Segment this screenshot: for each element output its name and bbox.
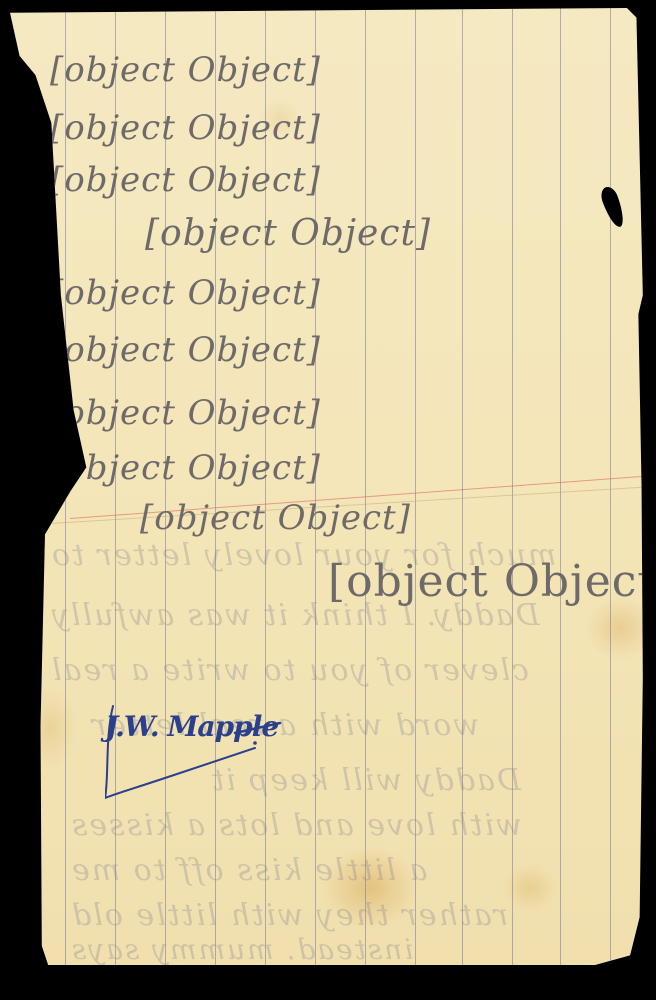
ruled-line <box>610 8 611 965</box>
letter-line: [object Object] <box>50 448 321 488</box>
letter-line: [object Object] <box>140 498 411 538</box>
letter-line: [object Object] <box>50 160 321 200</box>
signature-flourish-icon <box>105 698 295 808</box>
ink-signature: J.W. Mapple <box>105 698 295 808</box>
letter-initial: [object Object] <box>328 556 656 607</box>
bleed-through-text: rather they with little old <box>70 898 508 933</box>
letter-line: [object Object] <box>50 393 321 433</box>
letter-line: [object Object] <box>50 50 321 90</box>
bleed-through-text: instead. mummy says <box>70 933 413 966</box>
letter-line: [object Object] <box>50 108 321 148</box>
ruled-line <box>560 8 561 965</box>
letter-page: much for your lovely letter to Daddy. I … <box>10 8 646 965</box>
paper-tear-hole <box>598 185 627 230</box>
letter-line: [object Object] <box>50 330 321 370</box>
letter-line: [object Object] <box>145 213 431 254</box>
bleed-through-text: clever of you to write a real <box>50 653 529 688</box>
bleed-through-text: with love and lots a kisses <box>70 808 522 843</box>
bleed-through-text: a little kiss off to me <box>70 853 427 888</box>
ruled-line <box>65 8 66 965</box>
letter-line: [object Object] <box>50 273 321 313</box>
